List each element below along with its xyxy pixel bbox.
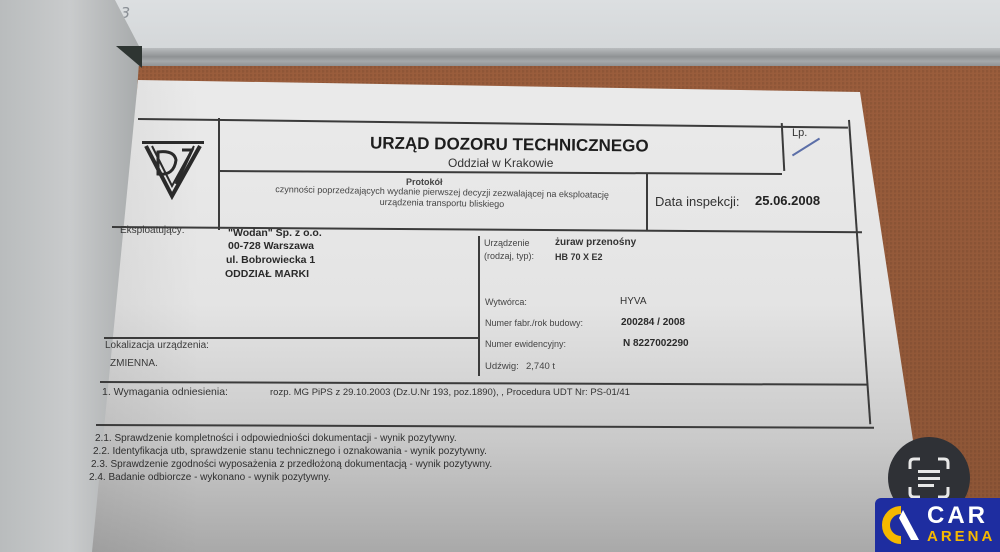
registry-value: N 8227002290 xyxy=(623,338,689,349)
registry-label: Numer ewidencyjny: xyxy=(485,339,566,349)
form-divider-location xyxy=(104,337,478,339)
inspection-date-value: 25.06.2008 xyxy=(755,193,820,208)
device-type-value: żuraw przenośny xyxy=(555,237,636,248)
form-divider-device xyxy=(478,236,480,376)
form-divider-logo xyxy=(218,118,220,230)
operator-line: 00-728 Warszawa xyxy=(228,240,314,253)
location-label: Lokalizacja urządzenia: xyxy=(105,340,209,351)
branch-name: Oddział w Krakowie xyxy=(448,156,553,170)
form-divider-date xyxy=(646,173,648,231)
institution-title: URZĄD DOZORU TECHNICZNEGO xyxy=(370,134,649,157)
brand-word-arena: ARENA xyxy=(927,528,995,545)
check-item: 2.3. Sprawdzenie zgodności wyposażenia z… xyxy=(91,459,492,470)
udt-logo-icon xyxy=(138,138,208,200)
car-arena-watermark: CAR ARENA xyxy=(875,498,1000,552)
capacity-label: Udźwig: xyxy=(485,361,519,372)
manufacturer-value: HYVA xyxy=(620,296,647,307)
capacity-value: 2,740 t xyxy=(526,361,555,372)
inspection-date-label: Data inspekcji: xyxy=(655,194,740,209)
brand-word-car: CAR xyxy=(927,502,988,530)
operator-line: ODDZIAŁ MARKI xyxy=(225,268,309,281)
check-item: 2.1. Sprawdzenie kompletności i odpowied… xyxy=(95,433,457,444)
operator-line: "Wodan" Sp. z o.o. xyxy=(228,227,322,240)
manufacturer-label: Wytwórca: xyxy=(485,297,527,307)
requirements-value: rozp. MG PiPS z 29.10.2003 (Dz.U.Nr 193,… xyxy=(270,387,630,398)
operator-line: ul. Bobrowiecka 1 xyxy=(226,254,315,267)
serial-value: 200284 / 2008 xyxy=(621,317,685,328)
lp-label: Lp. xyxy=(792,127,807,139)
device-type-label: Urządzenie xyxy=(484,238,530,248)
car-arena-logo-icon xyxy=(879,498,929,552)
operator-label: Eksploatujący: xyxy=(120,225,184,236)
location-value: ZMIENNA. xyxy=(110,358,158,369)
check-item: 2.2. Identyfikacja utb, sprawdzenie stan… xyxy=(93,446,487,457)
device-type-label-sub: (rodzaj, typ): xyxy=(484,251,534,261)
device-model-value: HB 70 X E2 xyxy=(555,252,603,262)
serial-label: Numer fabr./rok budowy: xyxy=(485,318,583,328)
check-item: 2.4. Badanie odbiorcze - wykonano - wyni… xyxy=(89,472,331,483)
requirements-label: 1. Wymagania odniesienia: xyxy=(102,386,228,398)
